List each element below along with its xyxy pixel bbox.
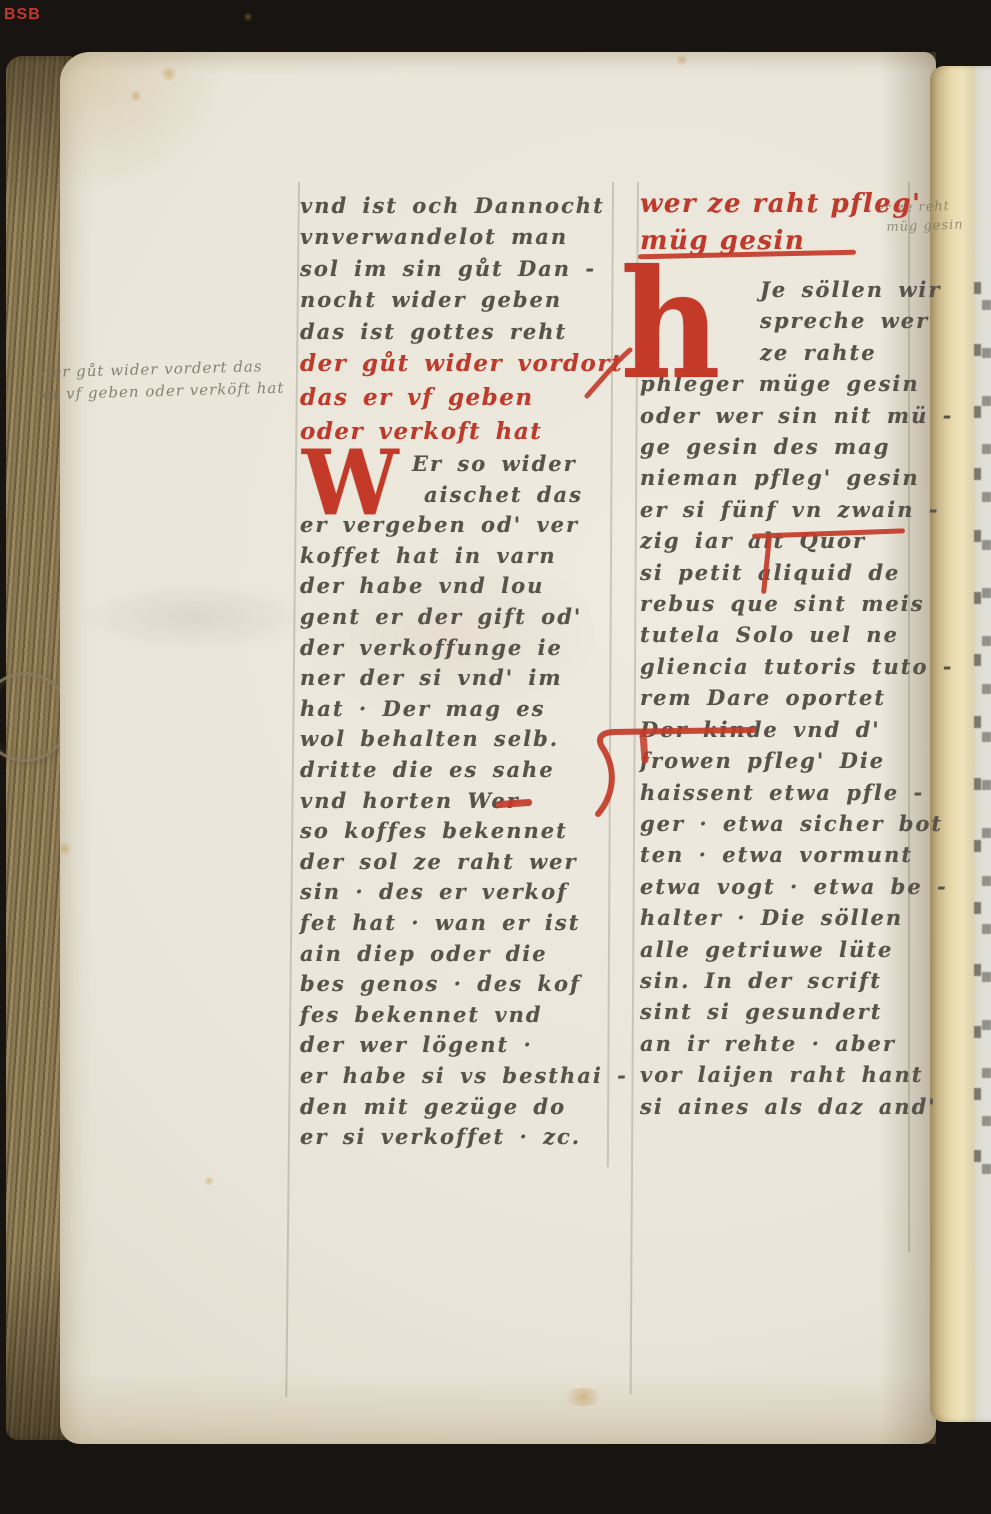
pilcrow-mark (585, 718, 760, 830)
manuscript-line: alle getriuwe lüte (640, 934, 918, 965)
rubric-line: das er vf geben (300, 381, 622, 415)
manuscript-line: dritte die es sahe (300, 755, 622, 786)
foxing-spot (676, 54, 688, 66)
rubric-flourish (583, 346, 635, 400)
manuscript-line: sin. In der scrift (640, 965, 918, 996)
manuscript-line: der sol ze raht wer (300, 847, 622, 878)
next-page-text-fragments (982, 300, 991, 1180)
manuscript-line: der verkoffunge ie (300, 633, 622, 664)
manuscript-line: ge gesin des mag (640, 431, 918, 462)
manuscript-line: etwa vogt · etwa be - (640, 871, 918, 902)
foxing-spot (204, 1176, 214, 1186)
foxing-spot (130, 90, 142, 102)
foxing-spot (560, 1388, 606, 1406)
manuscript-line: ner der si vnd' im (300, 663, 622, 694)
foxing-spot (160, 66, 178, 82)
manuscript-line: wol behalten selb. (300, 724, 622, 755)
manuscript-line: halter · Die söllen (640, 902, 918, 933)
manuscript-line: das ist gottes reht (300, 316, 622, 347)
manuscript-line: rem Dare oportet (640, 682, 918, 713)
manuscript-line: an ir rehte · aber (640, 1028, 918, 1059)
illuminated-initial-h: h (620, 250, 720, 400)
manuscript-line: er si fünf vn zwain - (640, 494, 918, 525)
manuscript-line: vnverwandelot man (300, 221, 622, 252)
manuscript-line: ten · etwa vormunt (640, 839, 918, 870)
foxing-spot (58, 842, 72, 856)
right-column-body: h Je söllen wir spreche wer ze rahte phl… (640, 274, 918, 1122)
illuminated-initial-w: W (302, 439, 399, 529)
manuscript-line: vnd horten Wer (300, 786, 622, 817)
manuscript-line: der habe vnd lou (300, 571, 622, 602)
manuscript-line: der wer lögent · (300, 1030, 622, 1061)
right-text-column: wer ze raht pfleg' müg gesin h Je söllen… (640, 186, 918, 1122)
manuscript-line: fet hat · wan er ist (300, 908, 622, 939)
manuscript-line: hat · Der mag es (300, 694, 622, 725)
manuscript-line: fes bekennet vnd (300, 1000, 622, 1031)
left-margin-note: der gůt wider vordert das er vf geben od… (41, 355, 284, 406)
manuscript-line: sint si gesundert (640, 996, 918, 1027)
library-watermark: BSB (4, 6, 41, 24)
ink-bleedthrough (85, 585, 305, 649)
manuscript-line: so koffes bekennet (300, 816, 622, 847)
manuscript-line: ain diep oder die (300, 939, 622, 970)
manuscript-line: sin · des er verkof (300, 877, 622, 908)
rubric-heading-line: wer ze raht pfleg' (640, 186, 918, 223)
manuscript-line: vor laijen raht hant (640, 1059, 918, 1090)
manuscript-line: koffet hat in varn (300, 541, 622, 572)
manuscript-line: er habe si vs besthai - (300, 1061, 622, 1092)
next-page-text-fragments (974, 282, 981, 1172)
manuscript-line: rebus que sint meis (640, 588, 918, 619)
manuscript-line: gliencia tutoris tuto - (640, 651, 918, 682)
manuscript-line: bes genos · des kof (300, 969, 622, 1000)
rubric-line: der gůt wider vordort (300, 347, 622, 381)
manuscript-line: sol im sin gůt Dan - (300, 253, 622, 284)
manuscript-line: si petit aliquid de (640, 557, 918, 588)
manuscript-line: si aines als daz and' (640, 1091, 918, 1122)
manuscript-line: nieman pfleg' gesin (640, 462, 918, 493)
left-column-body: W Er so wider aischet das er vergeben od… (300, 449, 622, 1153)
manuscript-line: nocht wider geben (300, 284, 622, 315)
left-text-column: vnd ist och Dannocht vnverwandelot man s… (300, 190, 622, 1153)
manuscript-line: den mit gezüge do (300, 1092, 622, 1123)
manuscript-line: tutela Solo uel ne (640, 619, 918, 650)
manuscript-scan: BSB der gůt wider vordert das er vf gebe… (0, 0, 991, 1514)
manuscript-line: er si verkoffet · zc. (300, 1122, 622, 1153)
manuscript-line: gent er der gift od' (300, 602, 622, 633)
foxing-spot (243, 12, 253, 22)
manuscript-line: vnd ist och Dannocht (300, 190, 622, 221)
